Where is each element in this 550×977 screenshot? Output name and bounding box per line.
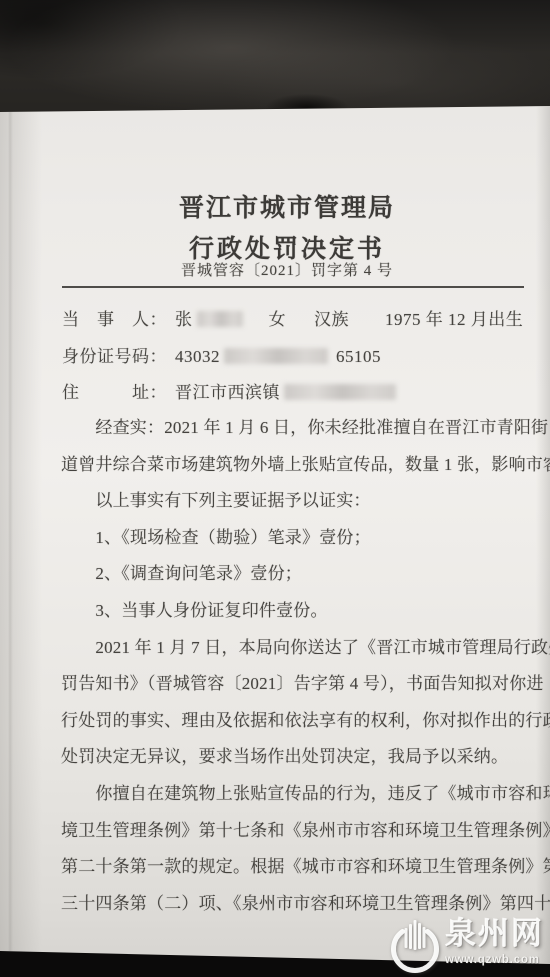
redaction-name [197,311,243,327]
field-address-label: 住 址： [62,383,167,402]
document-photo: 晋江市城市管理局 行政处罚决定书 晋城管容〔2021〕罚字第 4 号 当 事 人… [0,0,550,977]
party-surname: 张 [175,310,193,329]
redaction-id [224,348,328,364]
document-text-line: 2021 年 1 月 7 日，本局向你送达了《晋江市城市管理局行政处 [61,630,547,667]
document-text-line: 处罚决定无异议，要求当场作出处罚决定，我局予以采纳。 [61,739,547,776]
watermark-text: 泉州网 www.qzwb.com [445,916,544,967]
doc-issuer-title: 晋江市城市管理局 [12,188,550,224]
watermark-site-name: 泉州网 [445,916,544,952]
party-ethnicity: 汉族 [314,310,349,329]
qzwb-logo-icon [387,916,443,974]
document-page: 晋江市城市管理局 行政处罚决定书 晋城管容〔2021〕罚字第 4 号 当 事 人… [0,0,550,977]
document-text-line: 1、《现场检查（勘验）笔录》壹份； [61,520,547,557]
watermark-site-url: www.qzwb.com [445,953,544,967]
document-text-line: 行处罚的事实、理由及依据和依法享有的权利，你对拟作出的行政 [61,703,547,740]
id-prefix: 43032 [175,347,220,366]
watermark: 泉州网 www.qzwb.com [387,916,544,974]
doc-number: 晋城管容〔2021〕罚字第 4 号 [12,259,550,280]
field-id-number: 身份证号码：4303265105 [62,345,381,369]
document-text-line: 经查实：2021 年 1 月 6 日，你未经批准擅自在晋江市青阳街 [61,410,547,447]
id-suffix: 65105 [336,347,381,366]
field-party-label: 当 事 人： [62,310,167,329]
address-value: 晋江市西滨镇 [175,383,280,402]
field-id-label: 身份证号码： [62,347,167,366]
document-text-line: 道曾井综合菜市场建筑物外墙上张贴宣传品，数量 1 张，影响市容。 [61,447,547,484]
document-text-line: 你擅自在建筑物上张贴宣传品的行为，违反了《城市市容和环 [61,776,547,813]
document-text-line: 罚告知书》（晋城管容〔2021〕告字第 4 号），书面告知拟对你进 [61,666,547,703]
party-gender: 女 [269,310,287,329]
document-text-line: 2、《调查询问笔录》壹份； [61,556,547,593]
document-text-line: 以上事实有下列主要证据予以证实： [61,483,547,520]
redaction-address [284,384,396,400]
document-text-line: 第二十条第一款的规定。根据《城市市容和环境卫生管理条例》第 [61,849,547,886]
document-text-line: 3、当事人身份证复印件壹份。 [61,593,547,630]
field-party: 当 事 人：张女汉族1975 年 12 月出生 [62,308,523,332]
field-address: 住 址：晋江市西滨镇 [62,381,396,405]
document-body: 经查实：2021 年 1 月 6 日，你未经批准擅自在晋江市青阳街道曾井综合菜市… [61,410,547,922]
party-birth: 1975 年 12 月出生 [385,310,523,329]
document-text-line: 境卫生管理条例》第十七条和《泉州市市容和环境卫生管理条例》 [61,813,547,850]
header-divider [62,286,524,288]
